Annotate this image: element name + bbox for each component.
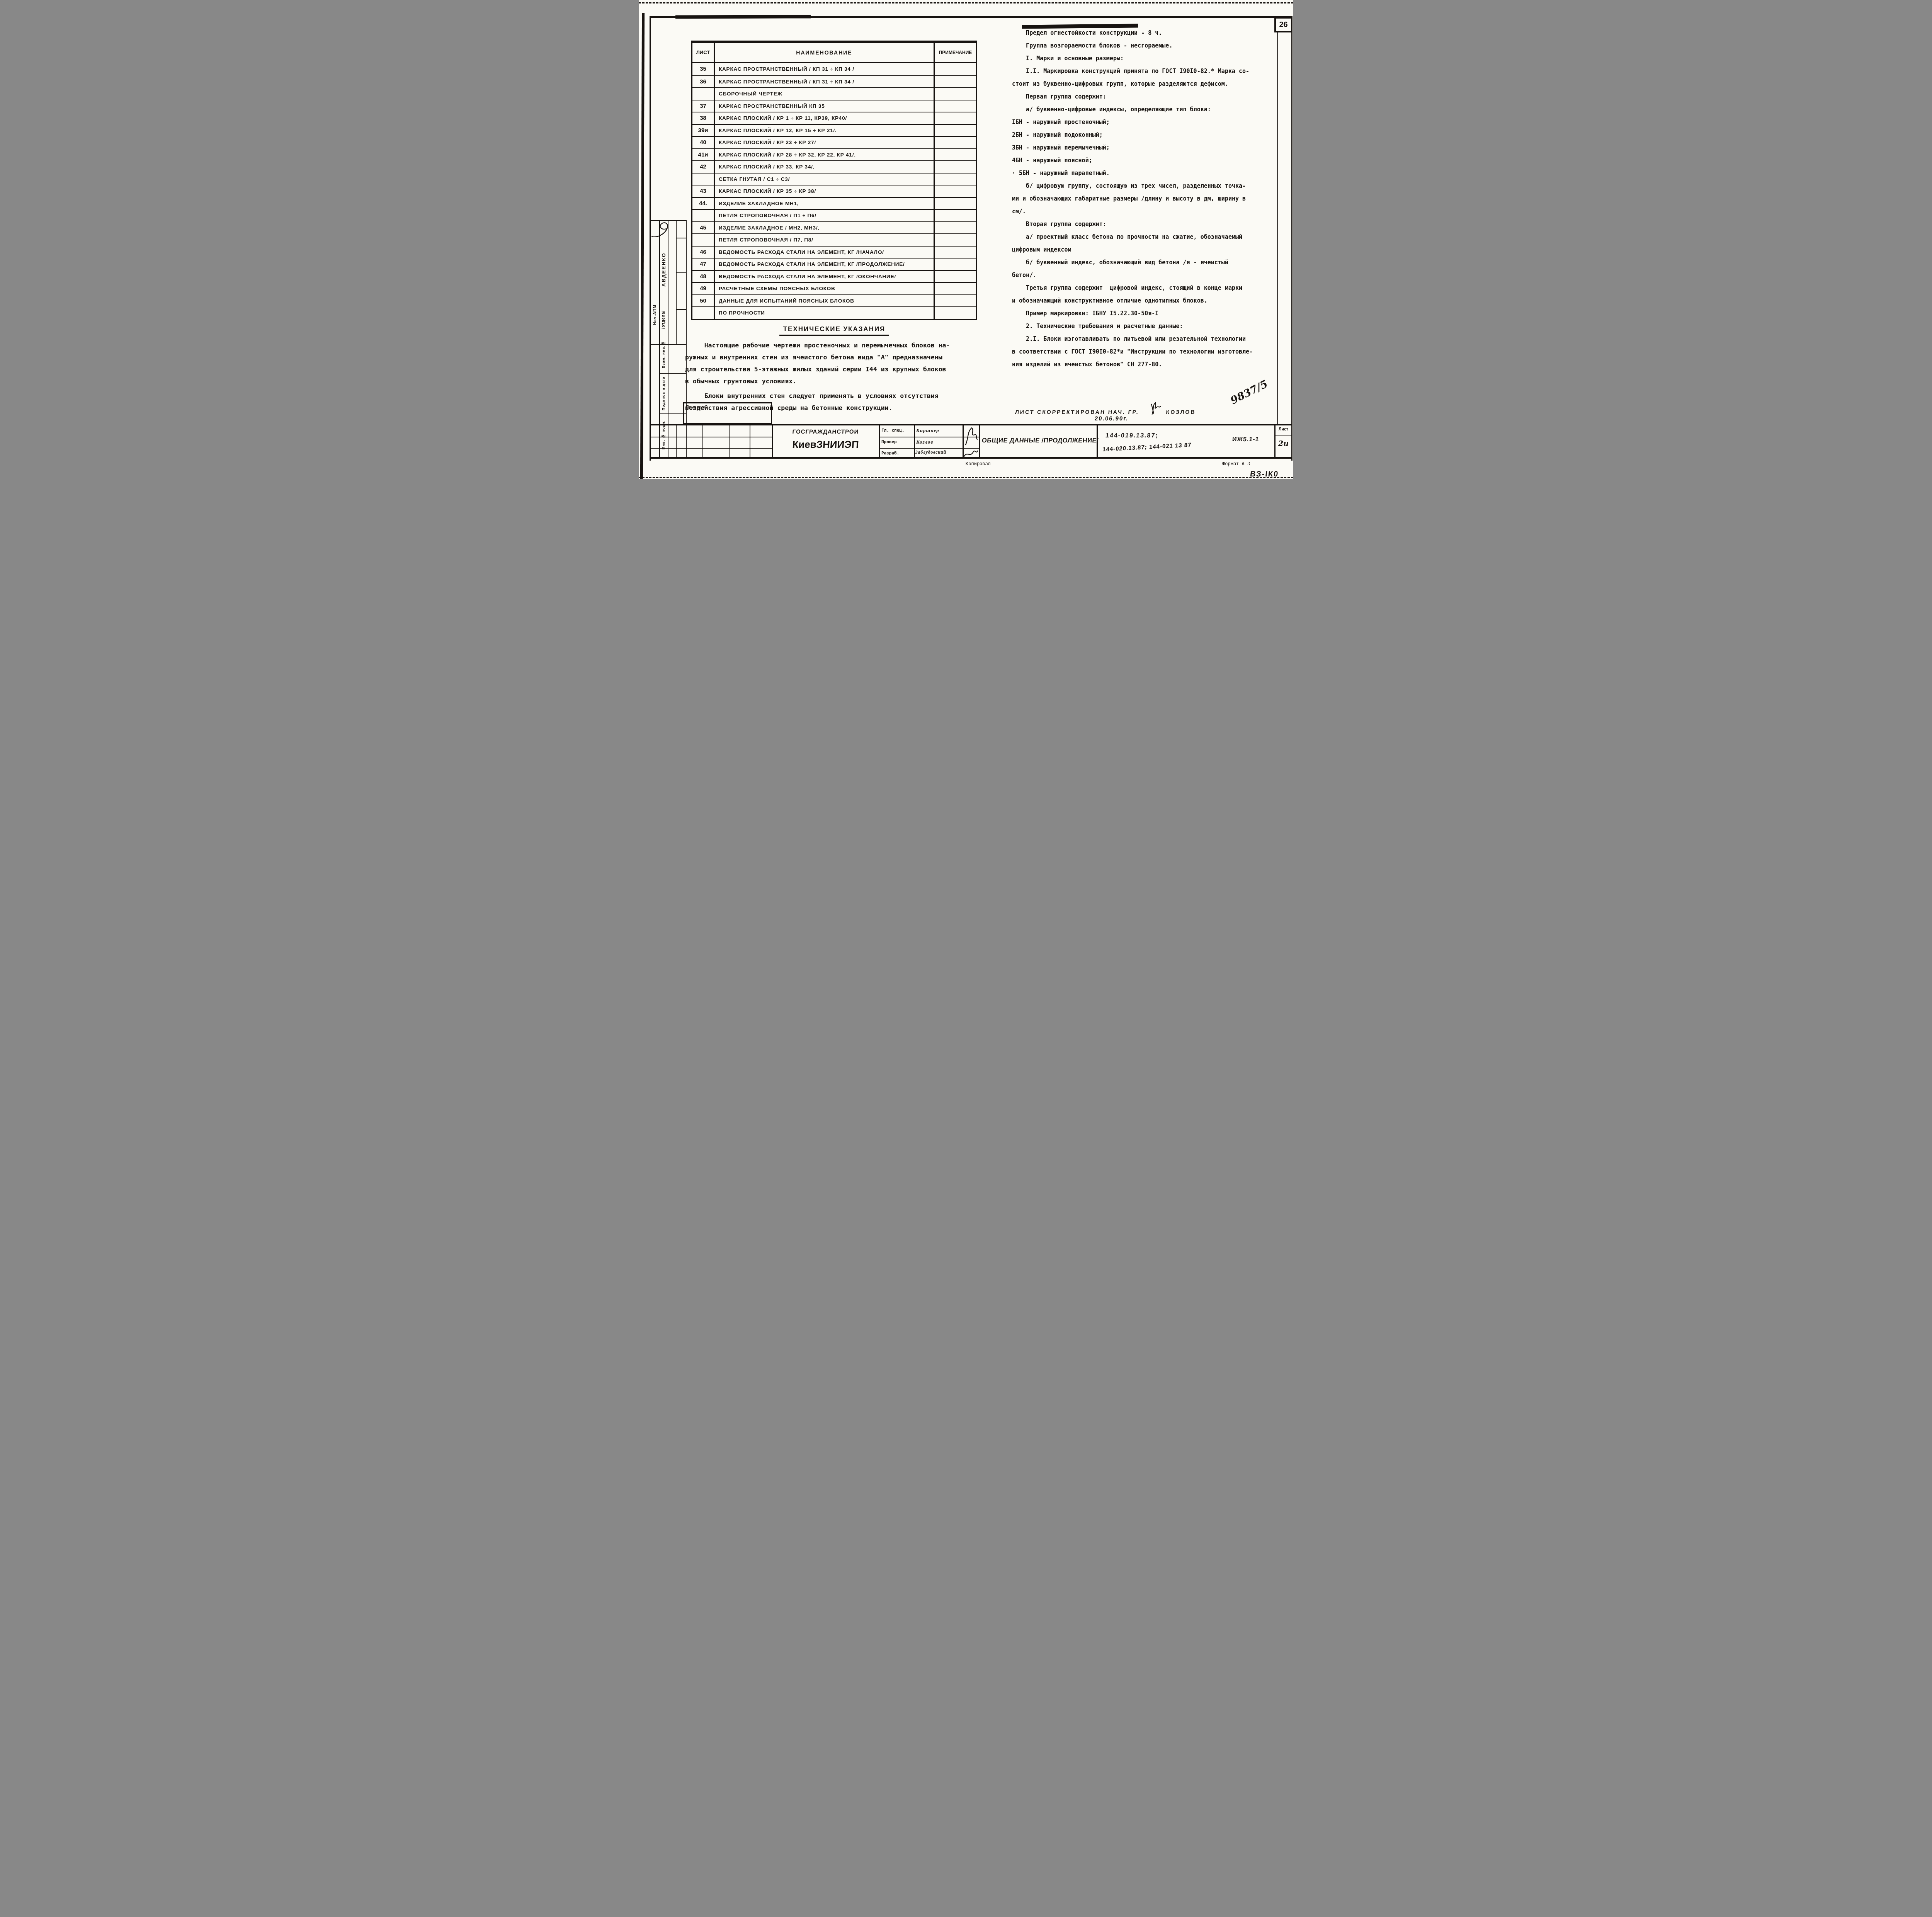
table-row: 43КАРКАС ПЛОСКИЙ / КР 35 ÷ КР 38/	[692, 185, 976, 197]
right-column-line: бетон/.	[1012, 272, 1282, 284]
correction-name: КОЗЛОВ	[1166, 409, 1196, 415]
right-column-line: Вторая группа содержит:	[1012, 221, 1282, 233]
ink-smear-bar	[1022, 24, 1138, 29]
table-row: 42КАРКАС ПЛОСКИЙ / КР 33, КР 34/,	[692, 160, 976, 173]
table-cell	[934, 295, 976, 307]
org-institute: КиевЗНИИЭП	[772, 439, 879, 451]
table-cell	[934, 137, 976, 148]
table-row: СБОРОЧНЫЙ ЧЕРТЕЖ	[692, 87, 976, 100]
right-column-line: а/ буквенно-цифровые индексы, определяющ…	[1012, 106, 1282, 119]
table-row: 49РАСЧЕТНЫЕ СХЕМЫ ПОЯСНЫХ БЛОКОВ	[692, 282, 976, 294]
table-cell	[692, 210, 715, 221]
table-cell: ДАННЫЕ ДЛЯ ИСПЫТАНИЙ ПОЯСНЫХ БЛОКОВ	[715, 295, 934, 307]
table-cell	[934, 149, 976, 161]
table-cell: 41и	[692, 149, 715, 161]
table-cell: 40	[692, 137, 715, 148]
table-row: 46ВЕДОМОСТЬ РАСХОДА СТАЛИ НА ЭЛЕМЕНТ, КГ…	[692, 246, 976, 258]
doc-code: ИЖ5.1-1	[1232, 436, 1259, 443]
table-cell: ПЕТЛЯ СТРОПОВОЧНАЯ / П7, П8/	[715, 234, 934, 246]
table-cell	[934, 161, 976, 173]
sidebar-stamp-dept: /отдела/	[659, 302, 668, 337]
table-cell: ПО ПРОЧНОСТИ	[715, 307, 934, 319]
revision-grid-line	[650, 448, 772, 449]
table-row: ПО ПРОЧНОСТИ	[692, 306, 976, 319]
table-cell: КАРКАС ПРОСТРАНСТВЕННЫЙ КП 35	[715, 100, 934, 112]
right-column-line: IБН - наружный простеночный;	[1012, 119, 1282, 131]
table-row: ПЕТЛЯ СТРОПОВОЧНАЯ / П7, П8/	[692, 233, 976, 246]
col-header-name: НАИМЕНОВАНИЕ	[715, 43, 934, 62]
right-column-line: см/.	[1012, 208, 1282, 221]
table-cell	[934, 283, 976, 294]
table-cell	[934, 222, 976, 234]
sidebar-stamp-role: Нач.АПМ	[650, 286, 659, 344]
table-cell: ПЕТЛЯ СТРОПОВОЧНАЯ / П1 ÷ П6/	[715, 210, 934, 221]
table-cell: 35	[692, 63, 715, 75]
table-cell: КАРКАС ПЛОСКИЙ / КР 28 ÷ КР 32, КР 22, К…	[715, 149, 934, 161]
sidebar-line	[676, 238, 686, 238]
table-cell	[934, 63, 976, 75]
table-row: ПЕТЛЯ СТРОПОВОЧНАЯ / П1 ÷ П6/	[692, 209, 976, 221]
table-cell	[934, 210, 976, 221]
table-cell	[934, 307, 976, 319]
frame-top-smear	[675, 15, 811, 19]
sidebar-line	[676, 309, 686, 310]
perforation-line-top	[639, 2, 1293, 3]
sidebar-label-vzam: Взам. инв.№	[659, 337, 668, 372]
sidebar-line	[676, 272, 686, 273]
right-column-line: б/ цифровую группу, состоящую из трех чи…	[1012, 182, 1282, 195]
table-row: 50ДАННЫЕ ДЛЯ ИСПЫТАНИЙ ПОЯСНЫХ БЛОКОВ	[692, 294, 976, 307]
signature-icon	[1144, 402, 1162, 415]
tech-paragraph-line: ружных и внутренних стен из ячеистого бе…	[685, 354, 983, 366]
table-row: 35КАРКАС ПРОСТРАНСТВЕННЫЙ / КП 31 ÷ КП 3…	[692, 63, 976, 75]
table-row: 36КАРКАС ПРОСТРАНСТВЕННЫЙ / КП 31 ÷ КП 3…	[692, 75, 976, 88]
tech-instructions-text: Настоящие рабочие чертежи простеночных и…	[685, 342, 983, 416]
right-column-line: Первая группа содержит:	[1012, 93, 1282, 106]
table-cell	[934, 185, 976, 197]
right-column-line: 2. Технические требования и расчетные да…	[1012, 323, 1282, 335]
table-cell	[692, 88, 715, 100]
table-row: 37КАРКАС ПРОСТРАНСТВЕННЫЙ КП 35	[692, 100, 976, 112]
col-header-list: ЛИСТ	[692, 43, 715, 62]
table-cell: 50	[692, 295, 715, 307]
tech-paragraph-line: воздействия агрессивной среды на бетонны…	[685, 404, 983, 416]
sheet-cell-label: Лист	[1274, 427, 1293, 432]
right-column-line: Группа возгораемости блоков - несгораемы…	[1012, 42, 1282, 55]
table-row: 48ВЕДОМОСТЬ РАСХОДА СТАЛИ НА ЭЛЕМЕНТ, КГ…	[692, 270, 976, 282]
table-cell: СБОРОЧНЫЙ ЧЕРТЕЖ	[715, 88, 934, 100]
table-cell	[692, 173, 715, 185]
left-paper-edge	[640, 13, 645, 479]
table-cell: 47	[692, 259, 715, 270]
table-cell: ИЗДЕЛИЕ ЗАКЛАДНОЕ МН1,	[715, 198, 934, 209]
table-cell	[692, 307, 715, 319]
table-cell: 46	[692, 247, 715, 258]
right-column-line: Пример маркировки: IБНУ I5.22.30-50я-I	[1012, 310, 1282, 323]
table-cell: 36	[692, 76, 715, 88]
table-row: 41иКАРКАС ПЛОСКИЙ / КР 28 ÷ КР 32, КР 22…	[692, 148, 976, 161]
role-name: Козлов	[916, 439, 933, 445]
table-cell: РАСЧЕТНЫЕ СХЕМЫ ПОЯСНЫХ БЛОКОВ	[715, 283, 934, 294]
sheet-cell-value: 2и	[1274, 439, 1293, 448]
role-label: Гл. спец.	[881, 428, 905, 433]
right-column-line: а/ проектный класс бетона по прочности н…	[1012, 233, 1282, 246]
correction-note: ЛИСТ СКОРРЕКТИРОВАН НАЧ. ГР. КОЗЛОВ	[1015, 402, 1197, 415]
scanned-drawing-sheet: 26 ЛИСТ НАИМЕНОВАНИЕ ПРИМЕЧАНИЕ 35КАРКАС…	[639, 0, 1293, 479]
signature-icon	[963, 426, 978, 446]
title-block-line	[914, 425, 915, 457]
table-cell: ИЗДЕЛИЕ ЗАКЛАДНОЕ / МН2, МН3/,	[715, 222, 934, 234]
role-label: Провер	[881, 439, 897, 444]
sidebar-stamp-name: АВДЕЕНКО	[659, 238, 668, 301]
sidebar-label-podpis: Подпись и дата	[659, 375, 668, 412]
role-name: Заблудовский	[915, 450, 946, 455]
right-column-line: 2БН - наружный подоконный;	[1012, 131, 1282, 144]
table-row: 44.ИЗДЕЛИЕ ЗАКЛАДНОЕ МН1,	[692, 197, 976, 209]
table-cell: 38	[692, 112, 715, 124]
right-column-line: Третья группа содержит цифровой индекс, …	[1012, 284, 1282, 297]
table-cell: 37	[692, 100, 715, 112]
sidebar-line	[659, 413, 686, 414]
revision-grid-line	[676, 425, 677, 457]
table-row: 39иКАРКАС ПЛОСКИЙ / КР 12, КР 15 ÷ КР 21…	[692, 124, 976, 136]
frame-right	[1291, 16, 1293, 461]
right-column-line: в соответствии с ГОСТ I90I0-82*и "Инстру…	[1012, 348, 1282, 361]
table-cell	[934, 234, 976, 246]
sidebar-line	[650, 344, 686, 345]
right-column-line: стоит из буквенно-цифровых групп, которы…	[1012, 80, 1282, 93]
org-name: ГОСГРАЖДАНСТРОИ	[772, 429, 879, 435]
right-column-line: б/ буквенный индекс, обозначающий вид бе…	[1012, 259, 1282, 272]
table-row: 38КАРКАС ПЛОСКИЙ / КР 1 ÷ КР 11, КР39, К…	[692, 112, 976, 124]
right-column-line: 4БН - наружный поясной;	[1012, 157, 1282, 170]
table-row: 47ВЕДОМОСТЬ РАСХОДА СТАЛИ НА ЭЛЕМЕНТ, КГ…	[692, 258, 976, 270]
doc-number-1: 144-019.13.87;	[1105, 432, 1158, 439]
table-cell: 49	[692, 283, 715, 294]
table-row: 45ИЗДЕЛИЕ ЗАКЛАДНОЕ / МН2, МН3/,	[692, 221, 976, 234]
corner-handwritten-note: ВЗ-ІК0	[1250, 470, 1279, 479]
signature-icon	[963, 449, 978, 459]
right-column-line: 2.I. Блоки изготавливать по литьевой или…	[1012, 335, 1282, 348]
table-cell: 39и	[692, 125, 715, 136]
table-header-row: ЛИСТ НАИМЕНОВАНИЕ ПРИМЕЧАНИЕ	[692, 43, 976, 63]
revision-grid-line	[702, 425, 703, 457]
table-cell: КАРКАС ПРОСТРАНСТВЕННЫЙ / КП 31 ÷ КП 34 …	[715, 76, 934, 88]
tech-paragraph-line: Настоящие рабочие чертежи простеночных и…	[685, 342, 983, 354]
document-title: ОБЩИЕ ДАННЫЕ /ПРОДОЛЖЕНИЕ/	[981, 437, 1094, 444]
format-label: Формат А 3	[1222, 461, 1250, 466]
table-cell: КАРКАС ПЛОСКИЙ / КР 33, КР 34/,	[715, 161, 934, 173]
table-cell: 44.	[692, 198, 715, 209]
right-column-line: 3БН - наружный перемычечный;	[1012, 144, 1282, 157]
title-block: ГОСГРАЖДАНСТРОИ КиевЗНИИЭП Гл. спец. Про…	[650, 424, 1293, 459]
table-cell	[934, 76, 976, 88]
role-name: Киршнер	[916, 427, 939, 434]
table-cell	[934, 125, 976, 136]
right-column-line: ния изделий из ячеистых бетонов" СН 277-…	[1012, 361, 1282, 374]
sidebar-line	[659, 373, 686, 374]
table-cell: ВЕДОМОСТЬ РАСХОДА СТАЛИ НА ЭЛЕМЕНТ, КГ /…	[715, 247, 934, 258]
title-block-line	[1274, 435, 1293, 435]
table-cell	[934, 173, 976, 185]
table-cell: СЕТКА ГНУТАЯ / С1 ÷ С3/	[715, 173, 934, 185]
table-cell: КАРКАС ПЛОСКИЙ / КР 12, КР 15 ÷ КР 21/.	[715, 125, 934, 136]
table-row: СЕТКА ГНУТАЯ / С1 ÷ С3/	[692, 173, 976, 185]
correction-date: 20.06.90г.	[1094, 415, 1129, 422]
revision-grid-line	[729, 425, 730, 457]
tech-instructions-heading: ТЕХНИЧЕСКИЕ УКАЗАНИЯ	[691, 325, 977, 336]
sidebar-line	[668, 220, 668, 459]
copied-by-label: Копировал	[966, 461, 991, 466]
table-cell	[934, 100, 976, 112]
handwritten-doc-ref: 9837/5	[1229, 378, 1270, 407]
right-column-line: · 5БН - наружный парапетный.	[1012, 170, 1282, 182]
correction-text: ЛИСТ СКОРРЕКТИРОВАН НАЧ. ГР.	[1015, 409, 1139, 415]
page-number: 26	[1279, 20, 1287, 29]
table-cell	[934, 88, 976, 100]
table-cell	[934, 271, 976, 282]
revision-grid-line	[750, 425, 750, 457]
sheet-index-table: ЛИСТ НАИМЕНОВАНИЕ ПРИМЕЧАНИЕ 35КАРКАС ПР…	[691, 41, 977, 320]
table-cell: КАРКАС ПРОСТРАНСТВЕННЫЙ / КП 31 ÷ КП 34 …	[715, 63, 934, 75]
right-column-line: и обозначающий конструктивное отличие од…	[1012, 297, 1282, 310]
table-cell: 43	[692, 185, 715, 197]
table-cell: ВЕДОМОСТЬ РАСХОДА СТАЛИ НА ЭЛЕМЕНТ, КГ /…	[715, 271, 934, 282]
right-column-line: цифровым индексом	[1012, 246, 1282, 259]
right-column-line: Предел огнестойкости конструкции - 8 ч.	[1012, 29, 1282, 42]
table-cell	[934, 112, 976, 124]
revision-grid-line	[650, 437, 772, 437]
table-row: 40КАРКАС ПЛОСКИЙ / КР 23 ÷ КР 27/	[692, 136, 976, 148]
doc-number-2: 144-020.13.87; 144-021 13 87	[1102, 442, 1192, 453]
right-column-line: I.I. Маркировка конструкций принята по Г…	[1012, 68, 1282, 80]
perforation-line-bottom	[639, 477, 1293, 478]
sidebar-line	[676, 220, 677, 344]
col-header-note: ПРИМЕЧАНИЕ	[934, 43, 976, 62]
title-block-line	[979, 425, 980, 457]
signature-icon	[650, 217, 673, 240]
right-text-column: Предел огнестойкости конструкции - 8 ч. …	[1012, 29, 1282, 374]
table-cell: 48	[692, 271, 715, 282]
table-cell	[934, 259, 976, 270]
table-cell: 42	[692, 161, 715, 173]
tech-paragraph-line: в обычных грунтовых условиях.	[685, 378, 983, 390]
table-cell: КАРКАС ПЛОСКИЙ / КР 1 ÷ КР 11, КР39, КР4…	[715, 112, 934, 124]
tech-paragraph-line: для строительства 5-этажных жилых зданий…	[685, 366, 983, 378]
right-column-line: ми и обозначающих габаритные размеры /дл…	[1012, 195, 1282, 208]
tech-paragraph-line: Блоки внутренних стен следует применять …	[685, 392, 983, 404]
table-cell: КАРКАС ПЛОСКИЙ / КР 35 ÷ КР 38/	[715, 185, 934, 197]
table-cell: КАРКАС ПЛОСКИЙ / КР 23 ÷ КР 27/	[715, 137, 934, 148]
right-column-line: I. Марки и основные размеры:	[1012, 55, 1282, 68]
table-cell	[692, 234, 715, 246]
table-cell	[934, 198, 976, 209]
table-cell	[934, 247, 976, 258]
table-cell: 45	[692, 222, 715, 234]
table-cell: ВЕДОМОСТЬ РАСХОДА СТАЛИ НА ЭЛЕМЕНТ, КГ /…	[715, 259, 934, 270]
role-label: Разраб.	[881, 451, 899, 456]
